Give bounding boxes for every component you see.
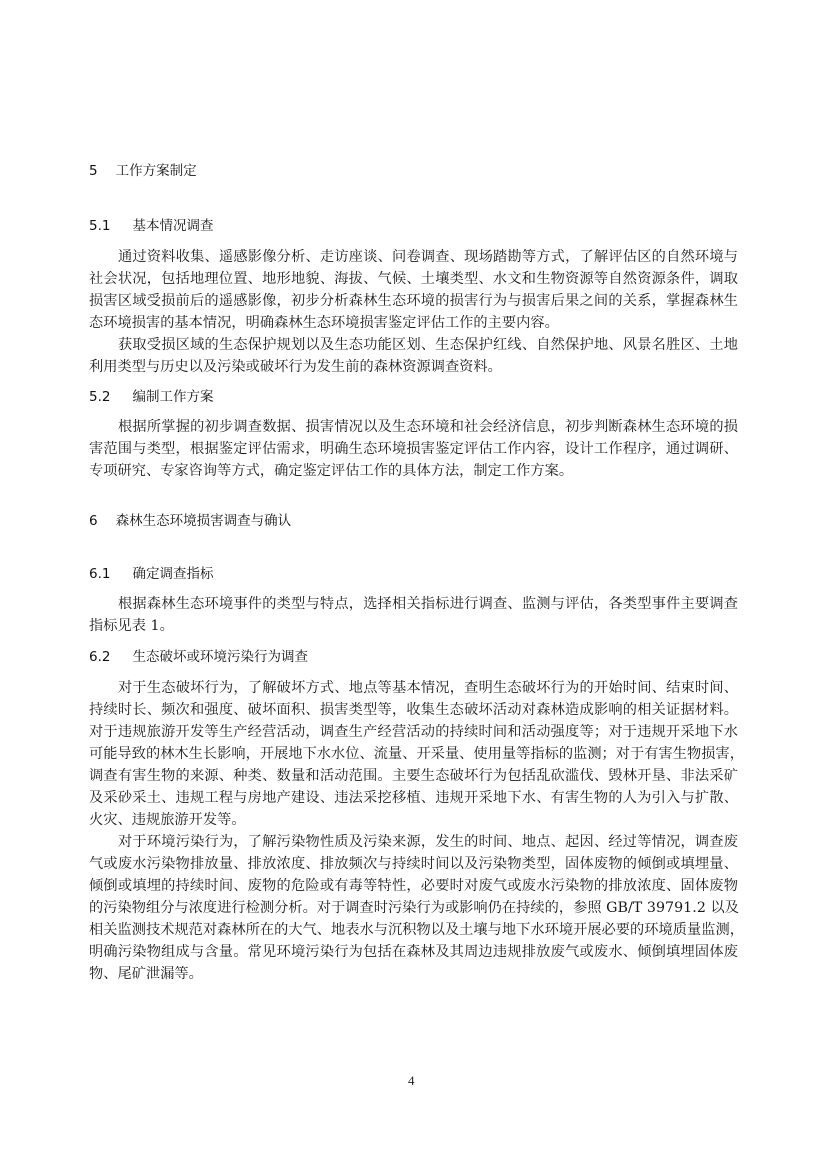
section-title: 编制工作方案 [132, 389, 213, 405]
section-number: 6.2 [89, 648, 110, 666]
section-heading-5-2: 5.2编制工作方案 [89, 388, 213, 406]
text-line: 物、尾矿泄漏等。 [89, 965, 738, 983]
text-line: 调查有害生物的来源、种类、数量和活动范围。主要生态破坏行为包括乱砍滥伐、毁林开垦… [89, 767, 738, 785]
text-line: 根据森林生态环境事件的类型与特点，选择相关指标进行调查、监测与评估，各类型事件主… [118, 595, 738, 613]
section-title: 森林生态环境损害调查与确认 [116, 513, 292, 529]
text-line: 根据所掌握的初步调查数据、损害情况以及生态环境和社会经济信息，初步判断森林生态环… [118, 418, 738, 436]
text-line: 指标见表 1。 [89, 617, 738, 635]
text-line: 倾倒或填埋的持续时间、废物的危险或有毒等特性，必要时对废气或废水污染物的排放浓度… [89, 877, 738, 895]
section-heading-5-1: 5.1基本情况调查 [89, 217, 213, 235]
document-page: 5工作方案制定 5.1基本情况调查 通过资料收集、遥感影像分析、走访座谈、问卷调… [0, 0, 826, 1169]
section-number: 5.1 [89, 217, 110, 235]
text-line: 及采砂采土、违规工程与房地产建设、违法采挖移植、违规开采地下水、有害生物的人为引… [89, 789, 738, 807]
section-title: 工作方案制定 [116, 163, 197, 179]
section-number: 6 [89, 512, 98, 530]
text-line: 害范围与类型，根据鉴定评估需求，明确生态环境损害鉴定评估工作内容，设计工作程序，… [89, 440, 738, 458]
text-line: 火灾、违规旅游开发等。 [89, 811, 738, 829]
section-heading-5: 5工作方案制定 [89, 162, 197, 180]
text-line: 可能导致的林木生长影响，开展地下水水位、流量、开采量、使用量等指标的监测；对于有… [89, 745, 738, 763]
text-line: 通过资料收集、遥感影像分析、走访座谈、问卷调查、现场踏勘等方式，了解评估区的自然… [118, 248, 738, 266]
text-line: 对于违规旅游开发等生产经营活动，调查生产经营活动的持续时间和活动强度等；对于违规… [89, 723, 738, 741]
section-number: 5.2 [89, 388, 110, 406]
text-line: 对于环境污染行为，了解污染物性质及污染来源，发生的时间、地点、起因、经过等情况，… [118, 833, 738, 851]
text-line: 态环境损害的基本情况，明确森林生态环境损害鉴定评估工作的主要内容。 [89, 314, 738, 332]
text-line: 气或废水污染物排放量、排放浓度、排放频次与持续时间以及污染物类型，固体废物的倾倒… [89, 855, 738, 873]
section-heading-6-2: 6.2生态破坏或环境污染行为调查 [89, 648, 308, 666]
section-number: 6.1 [89, 565, 110, 583]
text-line: 相关监测技术规范对森林所在的大气、地表水与沉积物以及土壤与地下水环境开展必要的环… [89, 921, 738, 939]
section-heading-6: 6森林生态环境损害调查与确认 [89, 512, 291, 530]
text-line: 社会状况，包括地理位置、地形地貌、海拔、气候、土壤类型、水文和生物资源等自然资源… [89, 270, 738, 288]
text-line: 明确污染物组成与含量。常见环境污染行为包括在森林及其周边违规排放废气或废水、倾倒… [89, 943, 738, 961]
text-line: 损害区域受损前后的遥感影像，初步分析森林生态环境的损害行为与损害后果之间的关系，… [89, 292, 738, 310]
text-line: 持续时长、频次和强度、破坏面积、损害类型等，收集生态破坏活动对森林造成影响的相关… [89, 701, 738, 719]
section-title: 确定调查指标 [132, 566, 213, 582]
text-line: 专项研究、专家咨询等方式，确定鉴定评估工作的具体方法，制定工作方案。 [89, 462, 738, 480]
section-title: 基本情况调查 [132, 218, 213, 234]
text-line: 获取受损区域的生态保护规划以及生态功能区划、生态保护红线、自然保护地、风景名胜区… [118, 336, 738, 354]
section-heading-6-1: 6.1确定调查指标 [89, 565, 213, 583]
text-line: 的污染物组分与浓度进行检测分析。对于调查时污染行为或影响仍在持续的，参照 GB/… [89, 899, 738, 917]
section-title: 生态破坏或环境污染行为调查 [132, 649, 308, 665]
text-line: 利用类型与历史以及污染或破坏行为发生前的森林资源调查资料。 [89, 358, 738, 376]
page-number: 4 [408, 1073, 415, 1089]
section-number: 5 [89, 162, 98, 180]
text-line: 对于生态破坏行为，了解破坏方式、地点等基本情况，查明生态破坏行为的开始时间、结束… [118, 679, 738, 697]
